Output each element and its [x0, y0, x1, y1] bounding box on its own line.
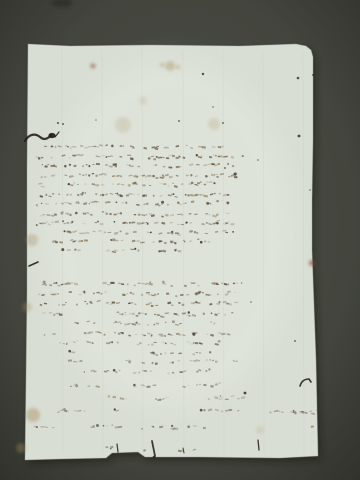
ink-speck: [309, 189, 311, 191]
ink-speck: [57, 122, 59, 124]
ink-speck: [222, 122, 224, 124]
foxing-stain: [256, 426, 264, 434]
ink-speck: [294, 340, 296, 342]
manuscript-photo: [0, 0, 360, 480]
foxing-stain: [91, 64, 96, 69]
ink-speck: [212, 106, 214, 108]
foxing-stain: [26, 234, 38, 246]
foxing-stain: [139, 97, 147, 105]
foxing-stain: [176, 65, 180, 69]
foxing-stain: [309, 260, 315, 266]
manuscript-photo-canvas: [0, 0, 360, 480]
ink-speck: [298, 135, 301, 138]
foxing-stain: [22, 302, 32, 312]
foxing-stain: [26, 408, 40, 422]
paper-sheet: [25, 44, 318, 460]
foxing-stain: [208, 118, 220, 130]
ink-speck: [95, 119, 97, 121]
foxing-stain: [160, 63, 164, 67]
ink-speck: [224, 167, 226, 169]
ink-speck: [257, 159, 259, 161]
ink-speck: [297, 77, 300, 80]
foxing-stain: [165, 61, 175, 71]
ink-dot: [62, 123, 64, 125]
ink-speck: [178, 120, 180, 122]
foxing-stain: [16, 443, 26, 453]
paper-sheen: [45, 60, 295, 410]
ink-speck: [250, 301, 252, 303]
ink-speck: [312, 74, 314, 76]
ink-dot: [153, 456, 156, 459]
ink-speck: [244, 392, 247, 395]
foxing-stain: [115, 117, 131, 133]
ink-speck: [202, 73, 204, 75]
